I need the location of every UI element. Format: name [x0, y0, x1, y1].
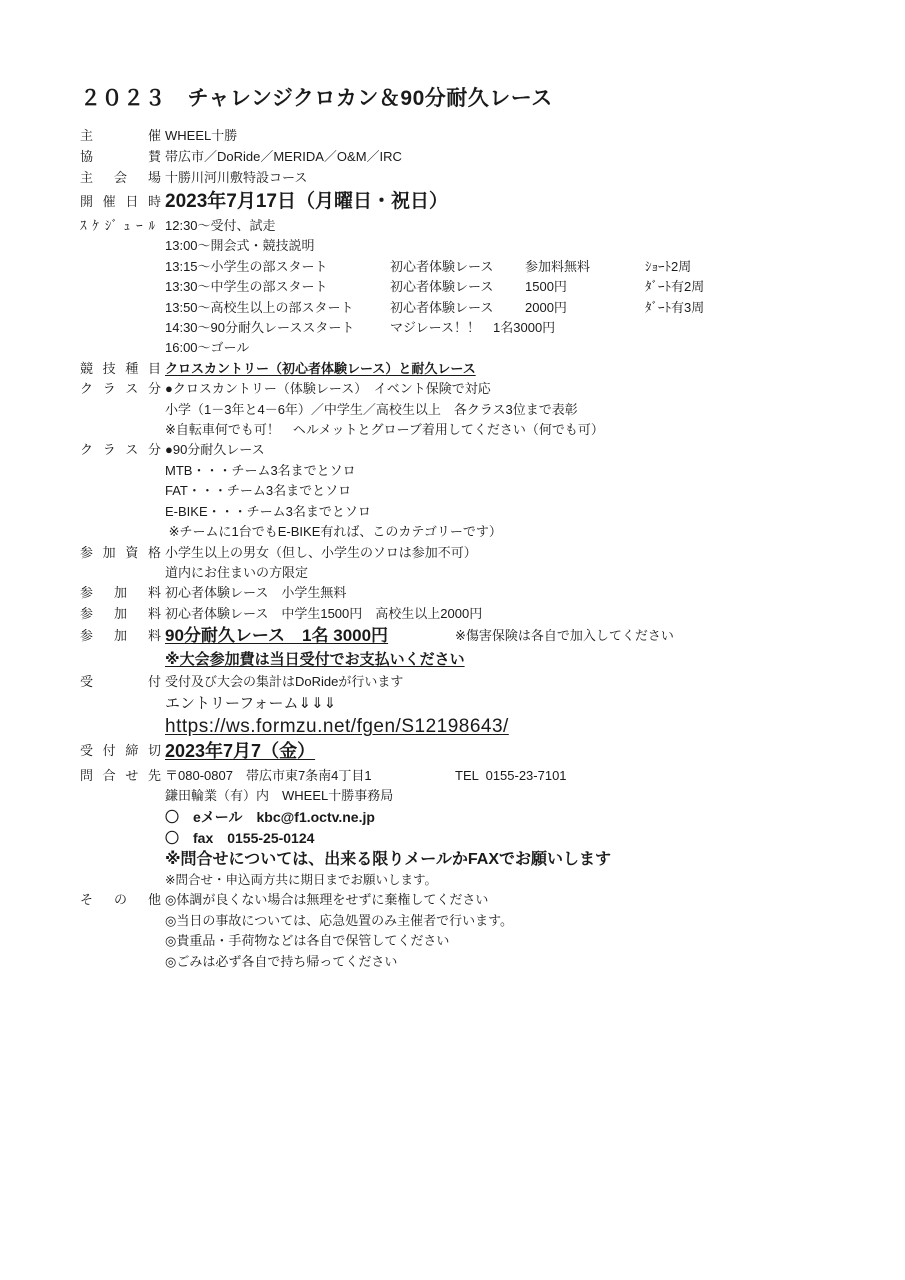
- field-content: 小学生以上の男女（但し、小学生のソロは参加不可）: [165, 543, 869, 563]
- event-title: ２０２３ チャレンジクロカン＆90分耐久レース: [80, 82, 869, 112]
- event-type-row: 競技種目クロスカントリー（初心者体験レース）と耐久レース: [80, 359, 869, 379]
- text-segment: 帯広市／DoRide／MERIDA／O&M／IRC: [165, 149, 402, 164]
- field-content: 十勝川河川敷特設コース: [165, 167, 869, 188]
- class-detail-row: ※自転車何でも可！ ヘルメットとグローブ着用してください（何でも可）: [80, 420, 869, 440]
- field-content: ※チームに1台でもE-BIKE有れば、このカテゴリーです）: [165, 522, 869, 542]
- venue-row: 主会場十勝川河川敷特設コース: [80, 167, 869, 188]
- sponsor-row: 協賛帯広市／DoRide／MERIDA／O&M／IRC: [80, 146, 869, 167]
- eligibility-detail-row: 道内にお住まいの方限定: [80, 563, 869, 583]
- text-segment: ◎貴重品・手荷物などは各自で保管してください: [165, 933, 449, 948]
- field-label: 開催日時: [80, 188, 161, 216]
- text-segment: ﾀﾞｰﾄ有3周: [645, 298, 704, 318]
- field-content: MTB・・・チーム3名までとソロ: [165, 461, 869, 481]
- field-label: 競技種目: [80, 359, 161, 379]
- text-segment: ※問合せについては、出来る限りメールかFAXでお願いします: [165, 851, 611, 868]
- text-segment: ◎体調が良くない場合は無理をせずに棄権してください: [165, 892, 488, 907]
- class-xc-row: クラス分●クロスカントリー（体験レース） イベント保険で対応: [80, 379, 869, 399]
- event-date: 2023年7月17日（月曜日・祝日）: [165, 191, 448, 212]
- schedule-row: 13:30～中学生の部スタート初心者体験レース1500円ﾀﾞｰﾄ有2周: [80, 277, 869, 297]
- contact-email-row: 〇 eメール kbc@f1.octv.ne.jp: [80, 807, 869, 828]
- field-label: [80, 849, 161, 870]
- entry-form-row: エントリーフォーム⇓⇓⇓: [80, 693, 869, 715]
- text-segment: 13:50～高校生以上の部スタート: [165, 300, 354, 315]
- field-content: 受付及び大会の集計はDoRideが行います: [165, 671, 869, 693]
- field-content: 道内にお住まいの方限定: [165, 563, 869, 583]
- field-label: [80, 481, 161, 501]
- field-content: WHEEL十勝: [165, 125, 869, 146]
- field-content: 初心者体験レース 小学生無料: [165, 583, 869, 603]
- field-label: [80, 236, 161, 256]
- text-segment: 16:00～ゴール: [165, 340, 249, 355]
- field-label: 参加料: [80, 583, 161, 603]
- field-content: 〇 eメール kbc@f1.octv.ne.jp: [165, 807, 869, 828]
- entry-form-url[interactable]: https://ws.formzu.net/fgen/S12198643/: [165, 716, 509, 737]
- fax-number: 〇 fax 0155-25-0124: [165, 830, 314, 846]
- field-label: [80, 420, 161, 440]
- field-content: エントリーフォーム⇓⇓⇓: [165, 693, 869, 715]
- field-content: FAT・・・チーム3名までとソロ: [165, 481, 869, 501]
- fee-row: 参加料90分耐久レース 1名 3000円※傷害保険は各自で加入してください: [80, 624, 869, 648]
- field-content: 2023年7月7（金）: [165, 739, 869, 765]
- document-body: 主催WHEEL十勝協賛帯広市／DoRide／MERIDA／O&M／IRC主会場十…: [80, 125, 869, 972]
- field-label: [80, 400, 161, 420]
- text-segment: ※自転車何でも可！ ヘルメットとグローブ着用してください（何でも可）: [165, 422, 604, 437]
- text-segment: 初心者体験レース: [390, 277, 493, 297]
- fee-row: 参加料初心者体験レース 中学生1500円 高校生以上2000円: [80, 604, 869, 624]
- field-label: その他: [80, 890, 161, 910]
- field-label: [80, 318, 161, 338]
- field-label: 協賛: [80, 146, 161, 167]
- field-content: 13:50～高校生以上の部スタート初心者体験レース2000円ﾀﾞｰﾄ有3周: [165, 298, 869, 318]
- text-segment: 小学生以上の男女（但し、小学生のソロは参加不可）: [165, 545, 477, 560]
- text-segment: ※大会参加費は当日受付でお支払いください: [165, 651, 465, 668]
- contact-address-row: 問合せ先〒080-0807 帯広市東7条南4丁目1TEL 0155-23-710…: [80, 765, 869, 786]
- field-content: ●クロスカントリー（体験レース） イベント保険で対応: [165, 379, 869, 399]
- schedule-row: 16:00～ゴール: [80, 338, 869, 358]
- text-segment: 1500円: [525, 277, 567, 297]
- notes-row: ◎当日の事故については、応急処置のみ主催者で行います。: [80, 911, 869, 931]
- text-segment: E-BIKE・・・チーム3名までとソロ: [165, 504, 371, 519]
- contact-fax-row: 〇 fax 0155-25-0124: [80, 828, 869, 849]
- field-label: クラス分: [80, 440, 161, 460]
- field-label: [80, 715, 161, 739]
- text-segment: 13:00～開会式・競技説明: [165, 238, 315, 253]
- text-segment: 初心者体験レース 小学生無料: [165, 585, 346, 600]
- contact-office-row: 鎌田輪業（有）内 WHEEL十勝事務局: [80, 786, 869, 806]
- field-content: ※問合せについては、出来る限りメールかFAXでお願いします: [165, 849, 869, 870]
- fee-note-row: ※大会参加費は当日受付でお支払いください: [80, 648, 869, 671]
- text-segment: 小学（1－3年と4－6年）／中学生／高校生以上 各クラス3位まで表彰: [165, 402, 578, 417]
- field-label: [80, 502, 161, 522]
- text-segment: WHEEL十勝: [165, 128, 237, 143]
- field-label: ｽｹｼﾞｭｰﾙ: [80, 216, 161, 236]
- field-content: 13:00～開会式・競技説明: [165, 236, 869, 256]
- text-segment: 初心者体験レース: [390, 298, 493, 318]
- field-content: 2023年7月17日（月曜日・祝日）: [165, 188, 869, 216]
- notes-row: ◎貴重品・手荷物などは各自で保管してください: [80, 931, 869, 951]
- field-content: 〒080-0807 帯広市東7条南4丁目1TEL 0155-23-7101: [165, 765, 869, 786]
- field-content: ◎貴重品・手荷物などは各自で保管してください: [165, 931, 869, 951]
- text-segment: 2000円: [525, 298, 567, 318]
- text-segment: 13:15～小学生の部スタート: [165, 259, 328, 274]
- field-label: 受付: [80, 671, 161, 693]
- notes-row: ◎ごみは必ず各自で持ち帰ってください: [80, 952, 869, 972]
- class-detail-row: ※チームに1台でもE-BIKE有れば、このカテゴリーです）: [80, 522, 869, 542]
- field-label: 問合せ先: [80, 765, 161, 786]
- deadline-row: 受付締切2023年7月7（金）: [80, 739, 869, 765]
- fee-row: 参加料初心者体験レース 小学生無料: [80, 583, 869, 603]
- field-content: ◎体調が良くない場合は無理をせずに棄権してください: [165, 890, 869, 910]
- field-content: 帯広市／DoRide／MERIDA／O&M／IRC: [165, 146, 869, 167]
- field-label: [80, 338, 161, 358]
- schedule-row: 14:30～90分耐久レーススタートマジレース！！ 1名3000円: [80, 318, 869, 338]
- schedule-row: ｽｹｼﾞｭｰﾙ12:30～受付、試走: [80, 216, 869, 236]
- text-segment: 受付及び大会の集計はDoRideが行います: [165, 674, 403, 689]
- field-label: 主催: [80, 125, 161, 146]
- text-segment: ◎当日の事故については、応急処置のみ主催者で行います。: [165, 913, 513, 928]
- class-detail-row: FAT・・・チーム3名までとソロ: [80, 481, 869, 501]
- reception-row: 受付受付及び大会の集計はDoRideが行います: [80, 671, 869, 693]
- field-content: 12:30～受付、試走: [165, 216, 869, 236]
- field-label: [80, 257, 161, 277]
- field-content: 16:00～ゴール: [165, 338, 869, 358]
- field-content: https://ws.formzu.net/fgen/S12198643/: [165, 715, 869, 739]
- field-content: 鎌田輪業（有）内 WHEEL十勝事務局: [165, 786, 869, 806]
- text-segment: MTB・・・チーム3名までとソロ: [165, 463, 356, 478]
- field-content: ◎当日の事故については、応急処置のみ主催者で行います。: [165, 911, 869, 931]
- field-label: [80, 563, 161, 583]
- field-label: [80, 522, 161, 542]
- field-content: ●90分耐久レース: [165, 440, 869, 460]
- field-content: ◎ごみは必ず各自で持ち帰ってください: [165, 952, 869, 972]
- tel-number: TEL 0155-23-7101: [455, 765, 567, 786]
- field-label: [80, 828, 161, 849]
- text-segment: ●クロスカントリー（体験レース） イベント保険で対応: [165, 381, 491, 396]
- text-segment: 初心者体験レース: [390, 257, 493, 277]
- field-content: E-BIKE・・・チーム3名までとソロ: [165, 502, 869, 522]
- field-label: [80, 807, 161, 828]
- text-segment: ﾀﾞｰﾄ有2周: [645, 277, 704, 297]
- text-segment: 13:30～中学生の部スタート: [165, 279, 328, 294]
- text-segment: 道内にお住まいの方限定: [165, 565, 308, 580]
- schedule-row: 13:00～開会式・競技説明: [80, 236, 869, 256]
- text-segment: FAT・・・チーム3名までとソロ: [165, 483, 351, 498]
- deadline-date: 2023年7月7（金）: [165, 741, 315, 761]
- text-segment: エントリーフォーム⇓⇓⇓: [165, 695, 336, 712]
- text-segment: ※チームに1台でもE-BIKE有れば、このカテゴリーです）: [165, 524, 502, 539]
- text-segment: マジレース！！ 1名3000円: [390, 318, 555, 338]
- field-content: ※大会参加費は当日受付でお支払いください: [165, 648, 869, 671]
- text-segment: ◎ごみは必ず各自で持ち帰ってください: [165, 954, 397, 969]
- text-segment: 〒080-0807 帯広市東7条南4丁目1: [165, 768, 372, 783]
- field-label: クラス分: [80, 379, 161, 399]
- field-label: 参加資格: [80, 543, 161, 563]
- field-content: 13:30～中学生の部スタート初心者体験レース1500円ﾀﾞｰﾄ有2周: [165, 277, 869, 297]
- text-segment: ※傷害保険は各自で加入してください: [455, 624, 674, 647]
- text-segment: ｼｮｰﾄ2周: [645, 257, 691, 277]
- text-segment: 参加料無料: [525, 257, 590, 277]
- schedule-row: 13:15～小学生の部スタート初心者体験レース参加料無料ｼｮｰﾄ2周: [80, 257, 869, 277]
- text-segment: 初心者体験レース 中学生1500円 高校生以上2000円: [165, 606, 482, 621]
- field-label: [80, 931, 161, 951]
- text-segment: 鎌田輪業（有）内 WHEEL十勝事務局: [165, 788, 393, 803]
- class-detail-row: E-BIKE・・・チーム3名までとソロ: [80, 502, 869, 522]
- text-segment: 12:30～受付、試走: [165, 218, 276, 233]
- field-content: ※自転車何でも可！ ヘルメットとグローブ着用してください（何でも可）: [165, 420, 869, 440]
- text-segment: クロスカントリー（初心者体験レース）と耐久レース: [165, 361, 476, 376]
- class-detail-row: MTB・・・チーム3名までとソロ: [80, 461, 869, 481]
- entry-url-row: https://ws.formzu.net/fgen/S12198643/: [80, 715, 869, 739]
- field-label: 参加料: [80, 604, 161, 624]
- text-segment: 90分耐久レース 1名 3000円: [165, 626, 388, 645]
- class-endurance-row: クラス分●90分耐久レース: [80, 440, 869, 460]
- email-address: 〇 eメール kbc@f1.octv.ne.jp: [165, 809, 375, 825]
- contact-note2-row: ※問合せ・申込両方共に期日までお願いします。: [80, 870, 869, 890]
- text-segment: ●90分耐久レース: [165, 442, 265, 457]
- document-page: ２０２３ チャレンジクロカン＆90分耐久レース 主催WHEEL十勝協賛帯広市／D…: [0, 0, 905, 972]
- organizer-row: 主催WHEEL十勝: [80, 125, 869, 146]
- field-label: 受付締切: [80, 739, 161, 765]
- text-segment: 14:30～90分耐久レーススタート: [165, 320, 354, 335]
- field-content: 〇 fax 0155-25-0124: [165, 828, 869, 849]
- class-detail-row: 小学（1－3年と4－6年）／中学生／高校生以上 各クラス3位まで表彰: [80, 400, 869, 420]
- field-label: [80, 870, 161, 890]
- field-content: 小学（1－3年と4－6年）／中学生／高校生以上 各クラス3位まで表彰: [165, 400, 869, 420]
- schedule-row: 13:50～高校生以上の部スタート初心者体験レース2000円ﾀﾞｰﾄ有3周: [80, 298, 869, 318]
- field-label: [80, 911, 161, 931]
- event-date-row: 開催日時2023年7月17日（月曜日・祝日）: [80, 188, 869, 216]
- field-label: [80, 277, 161, 297]
- field-content: ※問合せ・申込両方共に期日までお願いします。: [165, 870, 869, 890]
- field-label: [80, 648, 161, 671]
- text-segment: 十勝川河川敷特設コース: [165, 170, 307, 185]
- field-content: 90分耐久レース 1名 3000円※傷害保険は各自で加入してください: [165, 624, 869, 648]
- field-label: [80, 786, 161, 806]
- field-content: クロスカントリー（初心者体験レース）と耐久レース: [165, 359, 869, 379]
- field-label: 参加料: [80, 624, 161, 648]
- field-label: [80, 461, 161, 481]
- field-content: 14:30～90分耐久レーススタートマジレース！！ 1名3000円: [165, 318, 869, 338]
- field-label: [80, 298, 161, 318]
- field-content: 13:15～小学生の部スタート初心者体験レース参加料無料ｼｮｰﾄ2周: [165, 257, 869, 277]
- text-segment: ※問合せ・申込両方共に期日までお願いします。: [165, 873, 437, 887]
- contact-note-row: ※問合せについては、出来る限りメールかFAXでお願いします: [80, 849, 869, 870]
- notes-row: その他◎体調が良くない場合は無理をせずに棄権してください: [80, 890, 869, 910]
- eligibility-row: 参加資格小学生以上の男女（但し、小学生のソロは参加不可）: [80, 543, 869, 563]
- field-content: 初心者体験レース 中学生1500円 高校生以上2000円: [165, 604, 869, 624]
- field-label: [80, 952, 161, 972]
- field-label: [80, 693, 161, 715]
- field-label: 主会場: [80, 167, 161, 188]
